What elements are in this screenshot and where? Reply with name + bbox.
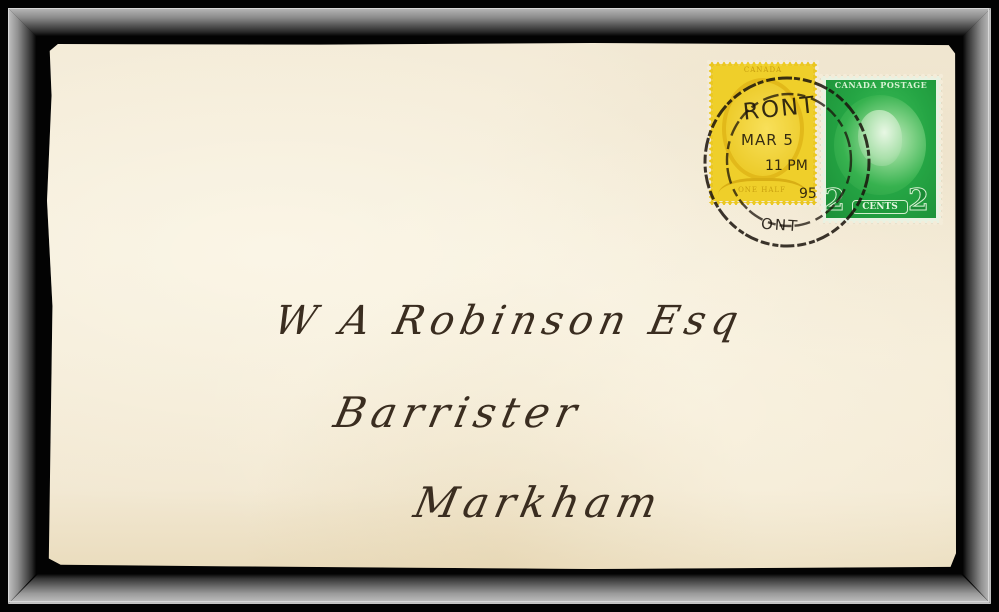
- postmark-year: 95: [799, 186, 817, 202]
- address-city-line: Markham: [410, 478, 668, 527]
- address-title-line: Barrister: [330, 388, 587, 437]
- postmark: RONT MAR 5 11 PM 95 ONT: [703, 76, 871, 248]
- address-name-line: W A Robinson Esq: [270, 298, 748, 344]
- postmark-time: 11 PM: [765, 158, 808, 174]
- postmark-date: MAR 5: [741, 131, 794, 149]
- postmark-province: ONT: [760, 215, 799, 236]
